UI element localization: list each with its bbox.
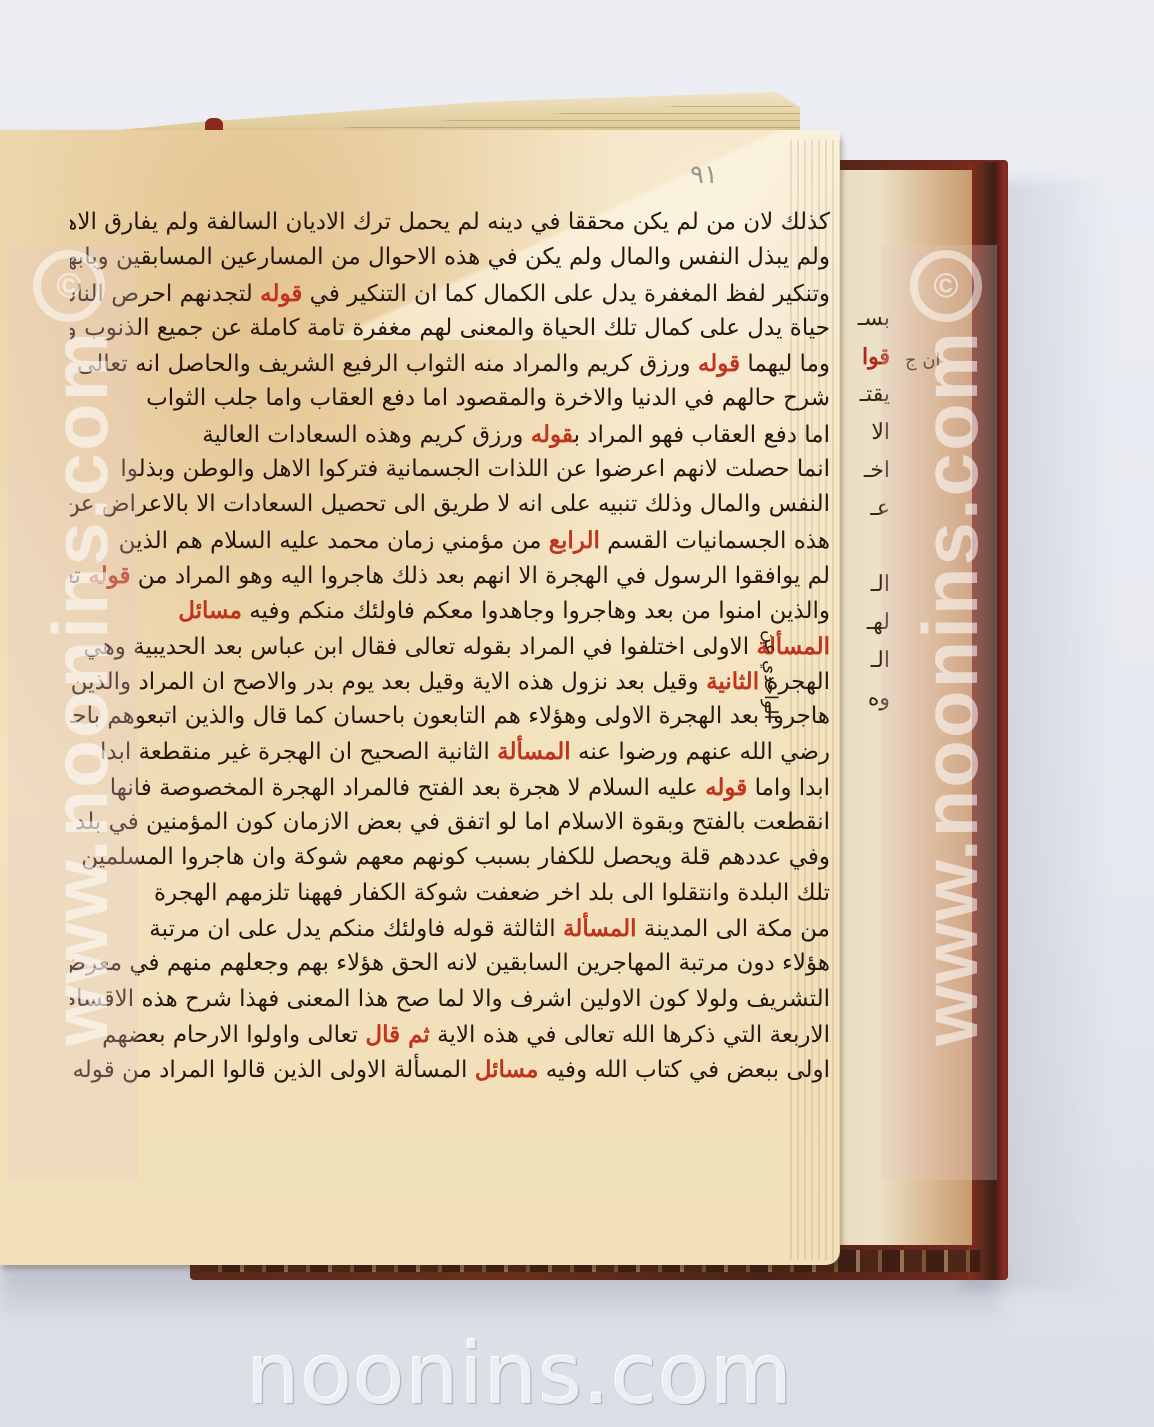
text-line: انقطعت بالفتح وبقوة الاسلام اما لو اتفق …	[70, 805, 830, 840]
text-line: وتنكير لفظ المغفرة يدل على الكمال كما ان…	[70, 276, 830, 311]
copyright-icon: ©	[910, 250, 982, 322]
rubric-word: قوله	[705, 774, 747, 801]
text-line: شرح حالهم في الدنيا والاخرة والمقصود اما…	[70, 381, 830, 416]
rubric-word: مسائل	[178, 597, 242, 624]
text-line: من مكة الى المدينة المسألة الثالثة قوله …	[70, 911, 830, 946]
text-line: ولم يبذل النفس والمال ولم يكن في هذه الا…	[70, 240, 830, 275]
manuscript-text: كذلك لان من لم يكن محققا في دينه لم يحمل…	[70, 205, 830, 1087]
text-line: هذه الجسمانيات القسم الرابع من مؤمني زما…	[70, 523, 830, 558]
text-line: هؤلاء دون مرتبة المهاجرين السابقين لانه …	[70, 946, 830, 981]
rubric-word: مسائل	[475, 1056, 539, 1083]
text-line: وما ليهما قوله ورزق كريم والمراد منه الث…	[70, 346, 830, 381]
rubric-word: المسألة	[563, 915, 637, 942]
rubric-word: الرابع	[549, 527, 600, 554]
text-line: الاربعة التي ذكرها الله تعالى في هذه الا…	[70, 1017, 830, 1052]
folio-number: ٩١	[690, 160, 718, 190]
watermark-vertical-left: www.noonins.com	[35, 330, 126, 1046]
text-line: اما دفع العقاب فهو المراد بقوله ورزق كري…	[70, 417, 830, 452]
rubric-word: ثم قال	[365, 1021, 429, 1048]
watermark-vertical-right: www.noonins.com	[905, 330, 996, 1046]
text-line: كذلك لان من لم يكن محققا في دينه لم يحمل…	[70, 205, 830, 240]
text-line: المسألة الاولى اختلفوا في المراد بقوله ت…	[70, 629, 830, 664]
rubric-word: قوله	[698, 350, 740, 377]
rubric-word: الثانية	[706, 668, 759, 695]
margin-annotation: الواحدي عن	[760, 630, 781, 720]
text-line: تلك البلدة وانتقلوا الى بلد اخر ضعفت شوك…	[70, 876, 830, 911]
rubric-word: قوله	[531, 421, 574, 448]
rubric-word: المسألة	[497, 738, 571, 765]
text-line: هاجروا بعد الهجرة الاولى وهؤلاء هم التاب…	[70, 699, 830, 734]
text-line: رضي الله عنهم ورضوا عنه المسألة الثانية …	[70, 734, 830, 769]
text-line: النفس والمال وذلك تنبيه على انه لا طريق …	[70, 487, 830, 522]
text-line: حياة يدل على كمال تلك الحياة والمعنى لهم…	[70, 311, 830, 346]
text-line: ابدا واما قوله عليه السلام لا هجرة بعد ا…	[70, 770, 830, 805]
text-line: انما حصلت لانهم اعرضوا عن اللذات الجسمان…	[70, 452, 830, 487]
text-line: والذين امنوا من بعد وهاجروا وجاهدوا معكم…	[70, 593, 830, 628]
text-line: اولى ببعض في كتاب الله وفيه مسائل المسأل…	[70, 1052, 830, 1087]
rubric-word: قوله	[260, 280, 302, 307]
text-line: الهجرة الثانية وقيل بعد نزول هذه الاية و…	[70, 664, 830, 699]
watermark-bottom: noonins.com	[210, 1325, 830, 1423]
copyright-icon: ©	[33, 250, 105, 322]
text-line: التشريف ولولا كون الاولين اشرف والا لما …	[70, 982, 830, 1017]
text-line: لم يوافقوا الرسول في الهجرة الا انهم بعد…	[70, 558, 830, 593]
text-line: وفي عددهم قلة ويحصل للكفار بسبب كونهم مع…	[70, 840, 830, 875]
